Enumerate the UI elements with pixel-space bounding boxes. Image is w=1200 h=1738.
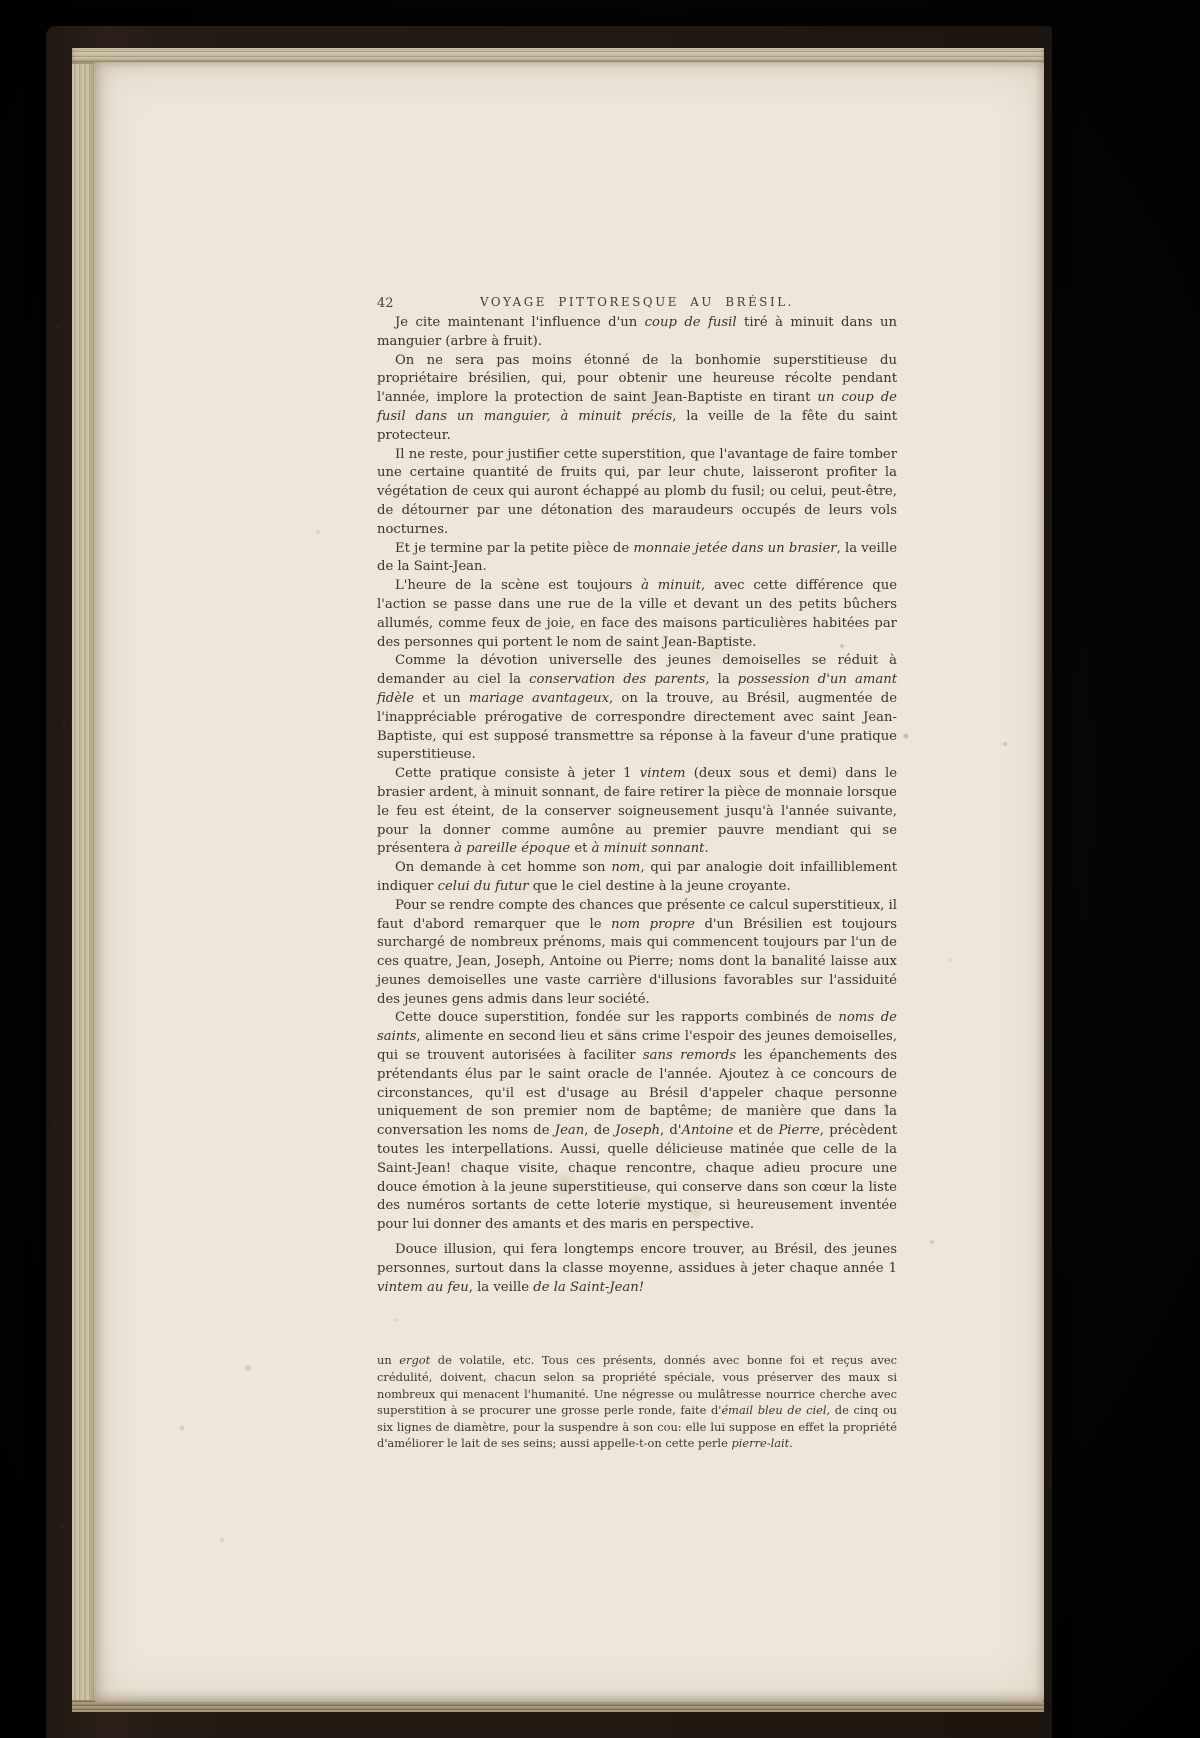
paragraph: Cette pratique consiste à jeter 1 vintem… (377, 765, 897, 859)
running-title: VOYAGE PITTORESQUE AU BRÉSIL. (377, 295, 897, 309)
footnote-text: un ergot de volatile, etc. Tous ces prés… (377, 1352, 897, 1452)
paragraph: L'heure de la scène est toujours à minui… (377, 577, 897, 652)
paragraph: Comme la dévotion universelle des jeunes… (377, 652, 897, 765)
running-header: 42 VOYAGE PITTORESQUE AU BRÉSIL. (377, 292, 897, 314)
book-photo: 42 VOYAGE PITTORESQUE AU BRÉSIL. Je cite… (0, 0, 1200, 1738)
body-text: Je cite maintenant l'influence d'un coup… (377, 314, 897, 1297)
book-page: 42 VOYAGE PITTORESQUE AU BRÉSIL. Je cite… (94, 62, 1044, 1702)
paragraph: Il ne reste, pour justifier cette supers… (377, 446, 897, 540)
paragraph: Pour se rendre compte des chances que pr… (377, 897, 897, 1010)
paragraph: un ergot de volatile, etc. Tous ces prés… (377, 1352, 897, 1452)
paragraph: Douce illusion, qui fera longtemps encor… (377, 1241, 897, 1297)
text-block: 42 VOYAGE PITTORESQUE AU BRÉSIL. Je cite… (377, 292, 897, 1452)
paragraph: On ne sera pas moins étonné de la bonhom… (377, 352, 897, 446)
paragraph: Et je termine par la petite pièce de mon… (377, 540, 897, 578)
page-edges-left (72, 48, 96, 1710)
paragraph: On demande à cet homme son nom, qui par … (377, 859, 897, 897)
paragraph: Je cite maintenant l'influence d'un coup… (377, 314, 897, 352)
paragraph: Cette douce superstition, fondée sur les… (377, 1009, 897, 1235)
